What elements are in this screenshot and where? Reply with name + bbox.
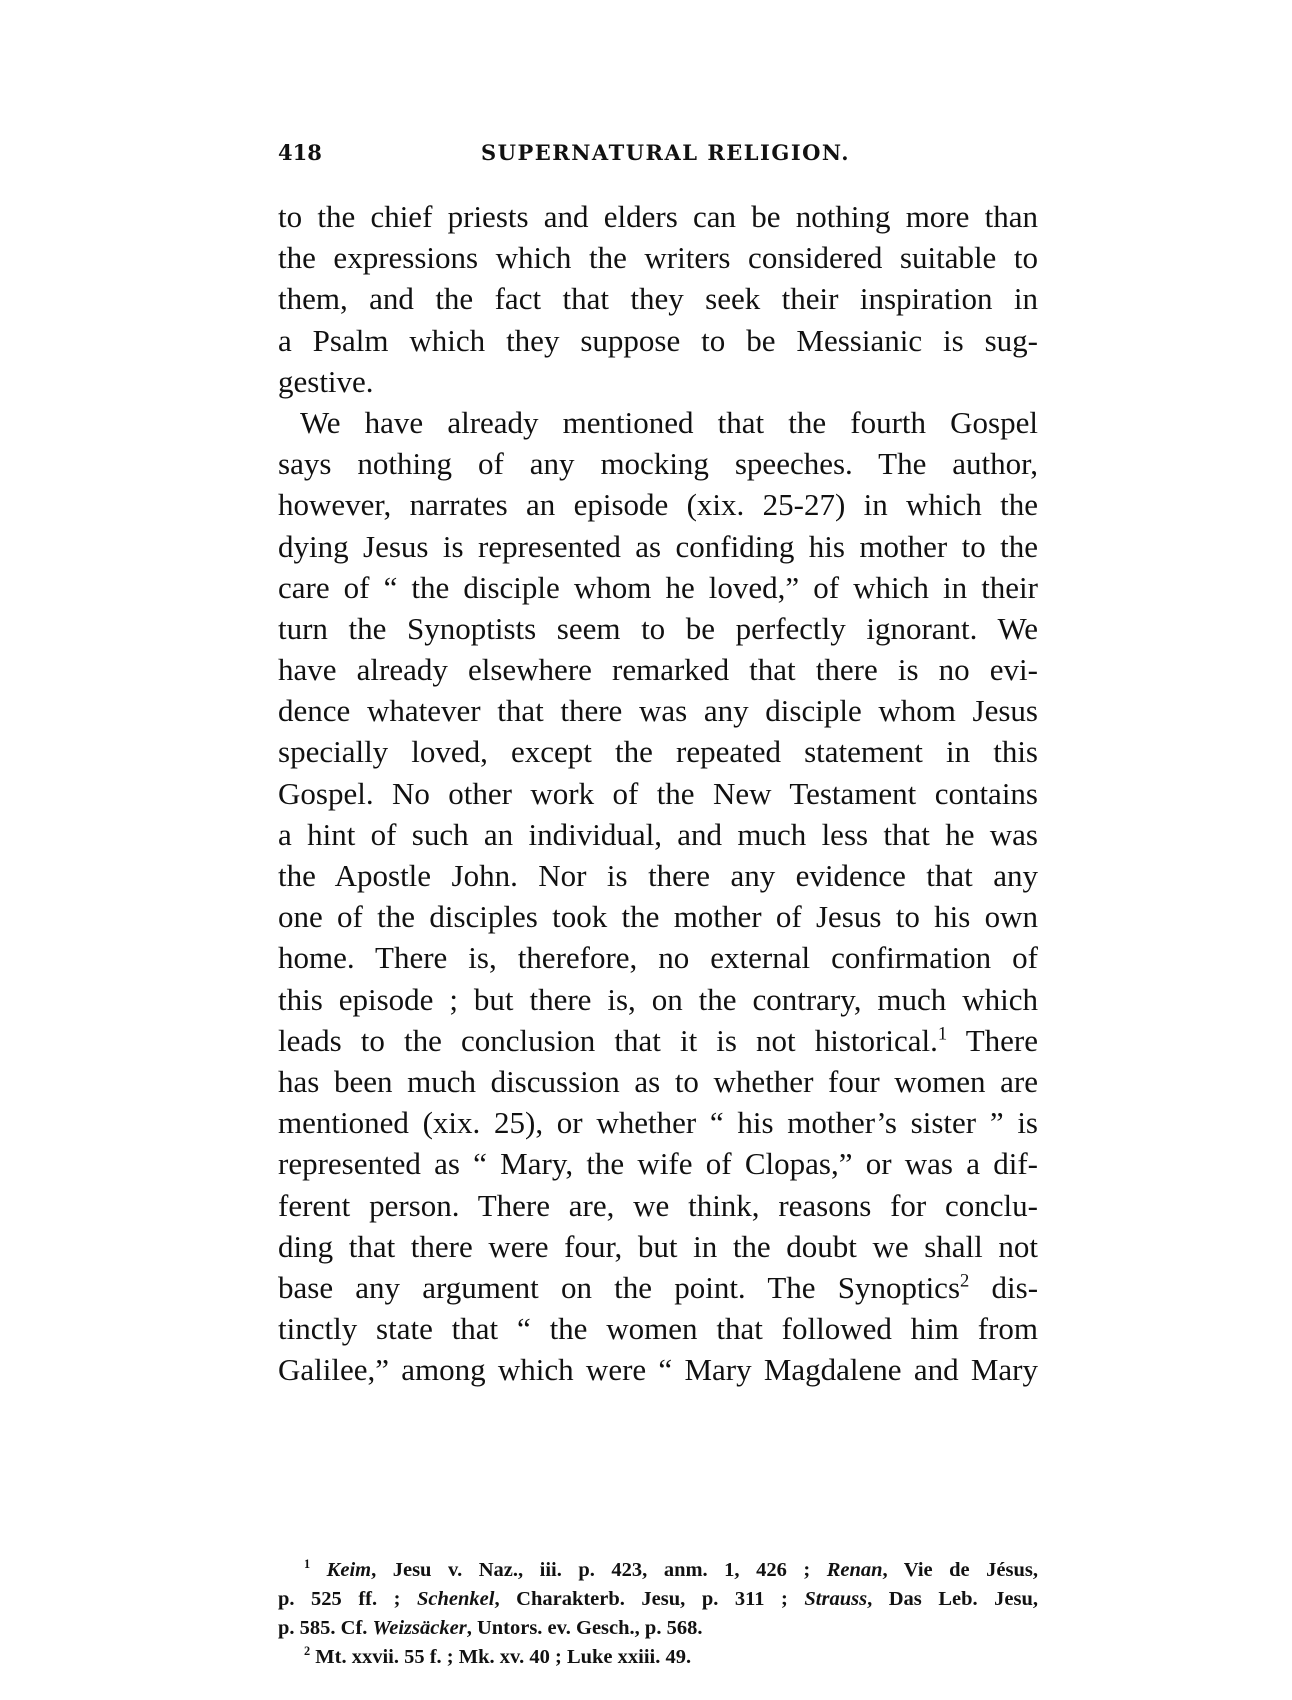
text-line: Gospel. No other work of the New Testame… xyxy=(278,773,1038,814)
text-line: have already elsewhere remarked that the… xyxy=(278,649,1038,690)
running-head: 418 SUPERNATURAL RELIGION. xyxy=(278,140,1038,170)
text-line: a hint of such an individual, and much l… xyxy=(278,814,1038,855)
text-line: dence whatever that there was any discip… xyxy=(278,690,1038,731)
footnote-1-line: p. 525 ff. ; Schenkel, Charakterb. Jesu,… xyxy=(278,1585,1038,1614)
text-line: home. There is, therefore, no external c… xyxy=(278,937,1038,978)
author-name: Keim xyxy=(327,1559,371,1581)
body-text: to the chief priests and elders can be n… xyxy=(278,196,1038,1390)
citation-text: p. 585. Cf. xyxy=(278,1617,367,1639)
page-number: 418 xyxy=(278,140,322,165)
text-line: ding that there were four, but in the do… xyxy=(278,1226,1038,1267)
text-line: care of “ the disciple whom he loved,” o… xyxy=(278,567,1038,608)
text-line: this episode ; but there is, on the cont… xyxy=(278,979,1038,1020)
citation-text: , Vie de Jésus, xyxy=(883,1559,1038,1581)
text-line: however, narrates an episode (xix. 25-27… xyxy=(278,484,1038,525)
running-title: SUPERNATURAL RELIGION. xyxy=(481,140,850,165)
citation-text: , Das Leb. Jesu, xyxy=(867,1588,1038,1610)
footnote-marker-2: 2 xyxy=(304,1644,310,1658)
author-name: Schenkel xyxy=(417,1588,494,1610)
citation-text: Mt. xxvii. 55 f. ; Mk. xv. 40 ; Luke xxi… xyxy=(315,1646,691,1668)
footnote-marker-1: 1 xyxy=(304,1557,310,1571)
author-name: Renan xyxy=(827,1559,883,1581)
text-line: one of the disciples took the mother of … xyxy=(278,896,1038,937)
author-name: Weizsäcker xyxy=(373,1617,467,1639)
footnote-1-line: 1 Keim, Jesu v. Naz., iii. p. 423, anm. … xyxy=(278,1556,1038,1585)
footnote-ref-1[interactable]: 1 xyxy=(938,1023,947,1044)
text-line: mentioned (xix. 25), or whether “ his mo… xyxy=(278,1102,1038,1143)
text-line: the expressions which the writers consid… xyxy=(278,237,1038,278)
text-line: to the chief priests and elders can be n… xyxy=(278,196,1038,237)
footnotes: 1 Keim, Jesu v. Naz., iii. p. 423, anm. … xyxy=(278,1556,1038,1672)
footnote-2-line: 2 Mt. xxvii. 55 f. ; Mk. xv. 40 ; Luke x… xyxy=(278,1643,1038,1672)
text-line: gestive. xyxy=(278,361,1038,402)
text-line-with-footnote-ref: leads to the conclusion that it is not h… xyxy=(278,1020,1038,1061)
footnote-ref-2[interactable]: 2 xyxy=(960,1271,969,1292)
paragraph-start-line: We have already mentioned that the fourt… xyxy=(278,402,1038,443)
text-line: has been much discussion as to whether f… xyxy=(278,1061,1038,1102)
text-line: them, and the fact that they seek their … xyxy=(278,278,1038,319)
citation-text: , Jesu v. Naz., iii. p. 423, anm. 1, 426… xyxy=(371,1559,810,1581)
line-tail: There xyxy=(966,1023,1038,1058)
text-line-with-footnote-ref: base any argument on the point. The Syno… xyxy=(278,1267,1038,1308)
line-text: base any argument on the point. The Syno… xyxy=(278,1270,960,1305)
footnote-1-line: p. 585. Cf. Weizsäcker, Untors. ev. Gesc… xyxy=(278,1614,1038,1643)
text-line: turn the Synoptists seem to be perfectly… xyxy=(278,608,1038,649)
line-text: leads to the conclusion that it is not h… xyxy=(278,1023,938,1058)
citation-text: , Untors. ev. Gesch., p. 568. xyxy=(467,1617,703,1639)
text-line: represented as “ Mary, the wife of Clopa… xyxy=(278,1143,1038,1184)
line-tail: dis- xyxy=(992,1270,1039,1305)
text-line: a Psalm which they suppose to be Messian… xyxy=(278,320,1038,361)
text-line: says nothing of any mocking speeches. Th… xyxy=(278,443,1038,484)
text-line: specially loved, except the repeated sta… xyxy=(278,731,1038,772)
citation-text: p. 525 ff. ; xyxy=(278,1588,400,1610)
text-line: ferent person. There are, we think, reas… xyxy=(278,1185,1038,1226)
citation-text: , Charakterb. Jesu, p. 311 ; xyxy=(494,1588,787,1610)
text-line: Galilee,” among which were “ Mary Magdal… xyxy=(278,1349,1038,1390)
author-name: Strauss xyxy=(804,1588,867,1610)
text-line: dying Jesus is represented as confiding … xyxy=(278,526,1038,567)
book-page: 418 SUPERNATURAL RELIGION. to the chief … xyxy=(0,0,1292,1700)
text-line: the Apostle John. Nor is there any evide… xyxy=(278,855,1038,896)
text-line: tinctly state that “ the women that foll… xyxy=(278,1308,1038,1349)
